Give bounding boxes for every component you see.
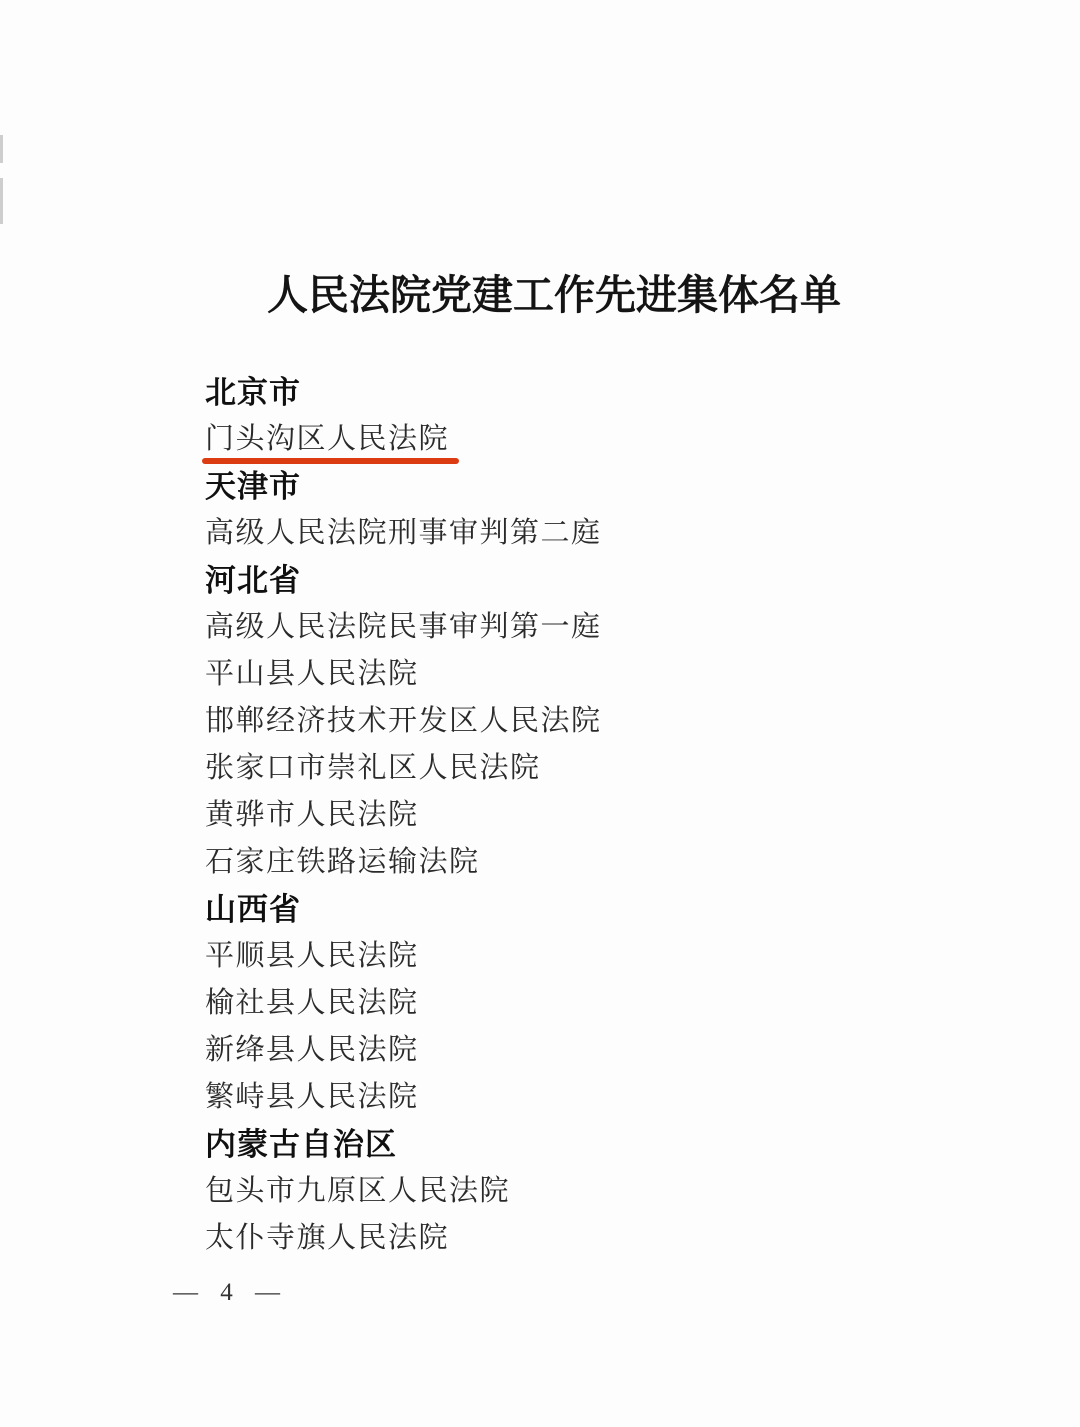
court-item: 高级人民法院刑事审判第二庭 (205, 507, 602, 554)
scan-artifact (0, 135, 3, 163)
province-section: 山西省 平顺县人民法院榆社县人民法院新绛县人民法院繁峙县人民法院 (205, 883, 602, 1118)
court-name: 门头沟区人民法院 (205, 416, 449, 457)
province-section: 天津市 高级人民法院刑事审判第二庭 (205, 460, 602, 554)
court-name: 平顺县人民法院 (205, 933, 419, 974)
court-name: 榆社县人民法院 (205, 980, 419, 1021)
court-list: 门头沟区人民法院 (205, 413, 602, 460)
court-name: 平山县人民法院 (205, 651, 419, 692)
court-list: 平顺县人民法院榆社县人民法院新绛县人民法院繁峙县人民法院 (205, 930, 602, 1118)
court-item: 包头市九原区人民法院 (205, 1165, 602, 1212)
court-list: 高级人民法院民事审判第一庭平山县人民法院邯郸经济技术开发区人民法院张家口市崇礼区… (205, 601, 602, 883)
court-name: 太仆寺旗人民法院 (205, 1215, 449, 1256)
province-row: 山西省 (205, 883, 602, 930)
award-list: 北京市 门头沟区人民法院 天津市 高级人民法院刑事审判第二庭 河北省 高级人民法… (205, 366, 602, 1259)
province-row: 天津市 (205, 460, 602, 507)
province-section: 北京市 门头沟区人民法院 (205, 366, 602, 460)
court-item: 新绛县人民法院 (205, 1024, 602, 1071)
court-list: 高级人民法院刑事审判第二庭 (205, 507, 602, 554)
court-name: 邯郸经济技术开发区人民法院 (205, 698, 602, 739)
court-name: 高级人民法院刑事审判第二庭 (205, 510, 602, 551)
court-item: 榆社县人民法院 (205, 977, 602, 1024)
court-name: 繁峙县人民法院 (205, 1074, 419, 1115)
court-item: 张家口市崇礼区人民法院 (205, 742, 602, 789)
province-header: 天津市 (205, 461, 301, 506)
province-header: 河北省 (205, 555, 301, 600)
province-row: 北京市 (205, 366, 602, 413)
court-name: 包头市九原区人民法院 (205, 1168, 510, 1209)
province-header: 山西省 (205, 884, 301, 929)
court-name: 新绛县人民法院 (205, 1027, 419, 1068)
court-name: 黄骅市人民法院 (205, 792, 419, 833)
court-name: 石家庄铁路运输法院 (205, 839, 480, 880)
document-title: 人民法院党建工作先进集体名单 (0, 270, 1080, 320)
court-name: 高级人民法院民事审判第一庭 (205, 604, 602, 645)
province-row: 河北省 (205, 554, 602, 601)
scan-artifact (0, 178, 3, 224)
court-item: 门头沟区人民法院 (205, 413, 602, 460)
province-section: 河北省 高级人民法院民事审判第一庭平山县人民法院邯郸经济技术开发区人民法院张家口… (205, 554, 602, 883)
province-header: 内蒙古自治区 (205, 1119, 397, 1164)
province-header: 北京市 (205, 367, 301, 412)
court-item: 平山县人民法院 (205, 648, 602, 695)
court-item: 黄骅市人民法院 (205, 789, 602, 836)
court-item: 繁峙县人民法院 (205, 1071, 602, 1118)
court-item: 石家庄铁路运输法院 (205, 836, 602, 883)
red-underline (202, 458, 459, 464)
court-item: 高级人民法院民事审判第一庭 (205, 601, 602, 648)
court-list: 包头市九原区人民法院太仆寺旗人民法院 (205, 1165, 602, 1259)
court-item: 邯郸经济技术开发区人民法院 (205, 695, 602, 742)
province-section: 内蒙古自治区 包头市九原区人民法院太仆寺旗人民法院 (205, 1118, 602, 1259)
court-item: 太仆寺旗人民法院 (205, 1212, 602, 1259)
province-row: 内蒙古自治区 (205, 1118, 602, 1165)
court-name: 张家口市崇礼区人民法院 (205, 745, 541, 786)
page-number: — 4 — (173, 1279, 282, 1307)
document-page: 人民法院党建工作先进集体名单 北京市 门头沟区人民法院 天津市 高级人民法院刑事… (0, 0, 1080, 1427)
court-item: 平顺县人民法院 (205, 930, 602, 977)
